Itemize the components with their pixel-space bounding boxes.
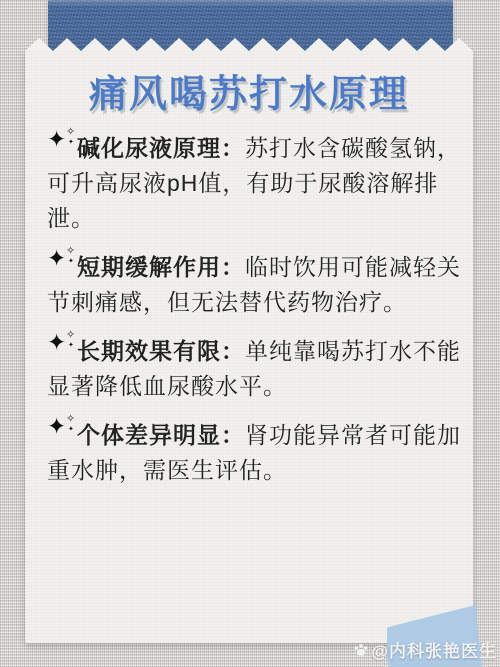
- bullet-list: ✦✧✦碱化尿液原理：苏打水含碳酸氢钠，可升高尿液pH值，有助于尿酸溶解排泄。 ✦…: [25, 131, 473, 488]
- watermark: @内科张艳医生: [353, 637, 497, 662]
- paper-card: 痛风喝苏打水原理 ✦✧✦碱化尿液原理：苏打水含碳酸氢钠，可升高尿液pH值，有助于…: [25, 51, 473, 643]
- torn-edge-zigzag: [25, 38, 473, 51]
- bullet-item: ✦✧✦长期效果有限：单纯靠喝苏打水不能显著降低血尿酸水平。: [47, 334, 463, 404]
- sparkle-icon: ✦✧✦: [47, 135, 77, 159]
- bullet-lead: 短期缓解作用：: [77, 254, 245, 280]
- card-title: 痛风喝苏打水原理: [25, 73, 473, 117]
- paw-icon: [353, 642, 369, 658]
- sparkle-icon: ✦✧✦: [47, 254, 77, 278]
- bullet-lead: 长期效果有限：: [77, 338, 245, 364]
- sparkle-icon: ✦✧✦: [47, 338, 77, 362]
- bullet-item: ✦✧✦短期缓解作用：临时饮用可能减轻关节刺痛感，但无法替代药物治疗。: [47, 250, 463, 320]
- bullet-item: ✦✧✦碱化尿液原理：苏打水含碳酸氢钠，可升高尿液pH值，有助于尿酸溶解排泄。: [47, 131, 463, 236]
- bullet-lead: 碱化尿液原理：: [77, 135, 245, 161]
- post-card: 痛风喝苏打水原理 ✦✧✦碱化尿液原理：苏打水含碳酸氢钠，可升高尿液pH值，有助于…: [0, 0, 500, 667]
- sparkle-icon: ✦✧✦: [47, 422, 77, 446]
- watermark-text: @内科张艳医生: [371, 637, 497, 662]
- bullet-lead: 个体差异明显：: [77, 422, 245, 448]
- bullet-item: ✦✧✦个体差异明显：肾功能异常者可能加重水肿，需医生评估。: [47, 418, 463, 488]
